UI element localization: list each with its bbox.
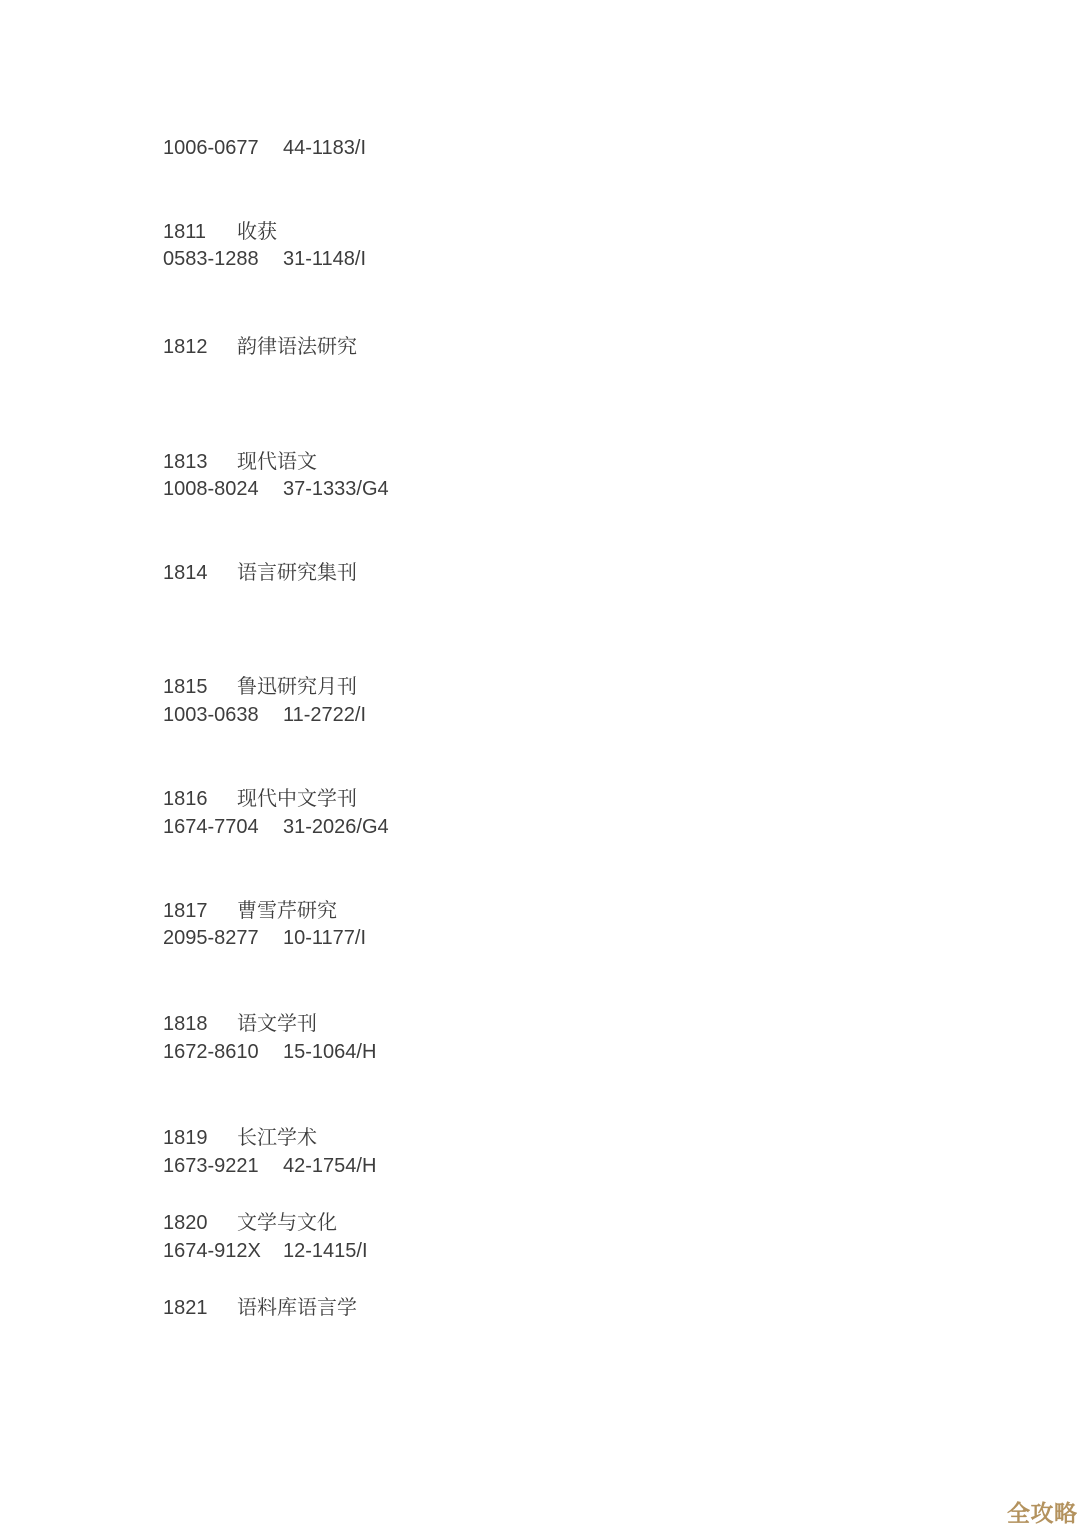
journal-issn-row: 1003-0638 11-2722/I: [163, 703, 366, 727]
cn-number: 12-1415/I: [283, 1239, 368, 1263]
issn-number: 1672-8610: [163, 1040, 283, 1064]
watermark-logo: 全攻略: [1007, 1495, 1078, 1527]
cn-number: 11-2722/I: [283, 703, 366, 727]
journal-entry-row: 1815 鲁迅研究月刊: [163, 675, 357, 699]
journal-issn-row: 1673-9221 42-1754/H: [163, 1154, 376, 1178]
journal-id: 1818: [163, 1012, 237, 1036]
journal-issn-row: 2095-8277 10-1177/I: [163, 926, 366, 950]
issn-number: 2095-8277: [163, 926, 283, 950]
journal-id: 1820: [163, 1211, 237, 1235]
journal-issn-row: 1674-7704 31-2026/G4: [163, 815, 389, 839]
journal-name: 收获: [237, 220, 277, 244]
journal-name: 语文学刊: [237, 1012, 317, 1036]
journal-name: 现代语文: [237, 450, 317, 474]
issn-number: 1008-8024: [163, 477, 283, 501]
journal-name: 长江学术: [237, 1126, 317, 1150]
journal-entry-row: 1814 语言研究集刊: [163, 561, 357, 585]
issn-number: 1673-9221: [163, 1154, 283, 1178]
journal-id: 1813: [163, 450, 237, 474]
journal-entry-row: 1820 文学与文化: [163, 1211, 337, 1235]
cn-number: 42-1754/H: [283, 1154, 376, 1178]
journal-entry-row: 1821 语料库语言学: [163, 1296, 357, 1320]
cn-number: 37-1333/G4: [283, 477, 389, 501]
cn-number: 31-1148/I: [283, 247, 366, 271]
journal-entry-row: 1819 长江学术: [163, 1126, 317, 1150]
journal-id: 1814: [163, 561, 237, 585]
issn-number: 1003-0638: [163, 703, 283, 727]
cn-number: 15-1064/H: [283, 1040, 376, 1064]
journal-entry-row: 1813 现代语文: [163, 450, 317, 474]
issn-number: 0583-1288: [163, 247, 283, 271]
cn-number: 10-1177/I: [283, 926, 366, 950]
journal-id: 1819: [163, 1126, 237, 1150]
issn-number: 1674-912X: [163, 1239, 283, 1263]
journal-name: 韵律语法研究: [237, 335, 357, 359]
journal-entry-row: 1816 现代中文学刊: [163, 787, 357, 811]
journal-entry-row: 1818 语文学刊: [163, 1012, 317, 1036]
journal-issn-row: 1674-912X 12-1415/I: [163, 1239, 368, 1263]
journal-issn-row: 0583-1288 31-1148/I: [163, 247, 366, 271]
journal-issn-row: 1008-8024 37-1333/G4: [163, 477, 389, 501]
cn-number: 44-1183/I: [283, 136, 366, 160]
journal-id: 1816: [163, 787, 237, 811]
journal-name: 鲁迅研究月刊: [237, 675, 357, 699]
journal-name: 曹雪芹研究: [237, 899, 337, 923]
journal-name: 语料库语言学: [237, 1296, 357, 1320]
journal-name: 语言研究集刊: [237, 561, 357, 585]
journal-issn-row: 1672-8610 15-1064/H: [163, 1040, 376, 1064]
journal-id: 1817: [163, 899, 237, 923]
journal-list-page: 1006-0677 44-1183/I 1811 收获 0583-1288 31…: [0, 0, 1080, 1527]
issn-number: 1674-7704: [163, 815, 283, 839]
journal-id: 1821: [163, 1296, 237, 1320]
journal-entry-row: 1817 曹雪芹研究: [163, 899, 337, 923]
issn-number: 1006-0677: [163, 136, 283, 160]
cn-number: 31-2026/G4: [283, 815, 389, 839]
journal-issn-row: 1006-0677 44-1183/I: [163, 136, 366, 160]
journal-entry-row: 1812 韵律语法研究: [163, 335, 357, 359]
journal-entry-row: 1811 收获: [163, 220, 277, 244]
journal-id: 1815: [163, 675, 237, 699]
journal-name: 文学与文化: [237, 1211, 337, 1235]
journal-id: 1811: [163, 220, 237, 244]
journal-id: 1812: [163, 335, 237, 359]
journal-name: 现代中文学刊: [237, 787, 357, 811]
